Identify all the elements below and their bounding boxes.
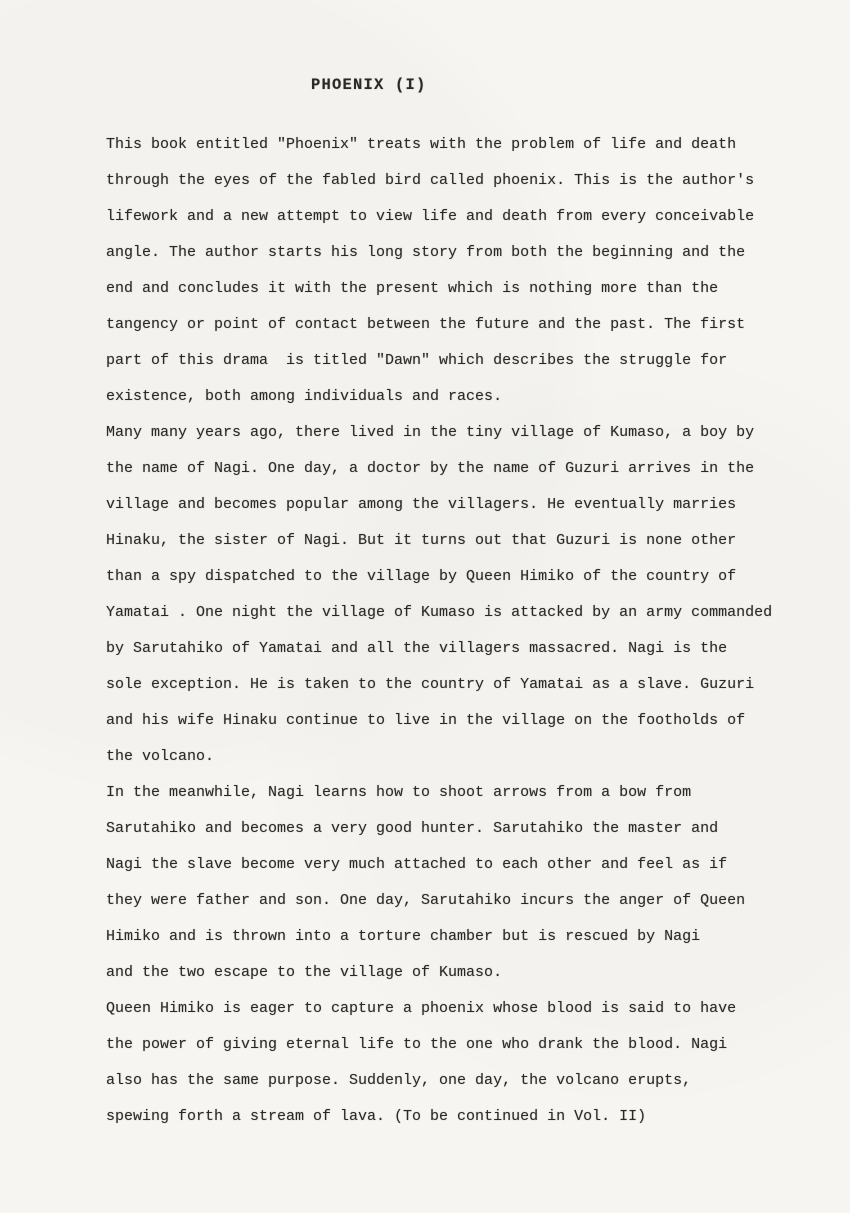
text-line: the volcano. xyxy=(106,739,786,775)
text-line: part of this drama is titled "Dawn" whic… xyxy=(106,343,786,379)
text-line: Nagi the slave become very much attached… xyxy=(106,847,786,883)
text-line: This book entitled "Phoenix" treats with… xyxy=(106,127,786,163)
text-line: the name of Nagi. One day, a doctor by t… xyxy=(106,451,786,487)
text-line: Sarutahiko and becomes a very good hunte… xyxy=(106,811,786,847)
text-line: existence, both among individuals and ra… xyxy=(106,379,786,415)
text-line: the power of giving eternal life to the … xyxy=(106,1027,786,1063)
text-line: Hinaku, the sister of Nagi. But it turns… xyxy=(106,523,786,559)
text-line: tangency or point of contact between the… xyxy=(106,307,786,343)
text-line: Queen Himiko is eager to capture a phoen… xyxy=(106,991,786,1027)
paragraph: This book entitled "Phoenix" treats with… xyxy=(106,127,786,415)
text-line: angle. The author starts his long story … xyxy=(106,235,786,271)
text-line: end and concludes it with the present wh… xyxy=(106,271,786,307)
document-page: PHOENIX (I) This book entitled "Phoenix"… xyxy=(0,0,850,1213)
text-line: lifework and a new attempt to view life … xyxy=(106,199,786,235)
paragraph: In the meanwhile, Nagi learns how to sho… xyxy=(106,775,786,991)
text-line: they were father and son. One day, Sarut… xyxy=(106,883,786,919)
text-line: In the meanwhile, Nagi learns how to sho… xyxy=(106,775,786,811)
document-body: This book entitled "Phoenix" treats with… xyxy=(106,127,786,1135)
text-line: village and becomes popular among the vi… xyxy=(106,487,786,523)
text-line: Many many years ago, there lived in the … xyxy=(106,415,786,451)
text-line: and his wife Hinaku continue to live in … xyxy=(106,703,786,739)
text-line: than a spy dispatched to the village by … xyxy=(106,559,786,595)
text-line: Yamatai . One night the village of Kumas… xyxy=(106,595,786,631)
text-line: spewing forth a stream of lava. (To be c… xyxy=(106,1099,786,1135)
text-line: Himiko and is thrown into a torture cham… xyxy=(106,919,786,955)
text-line: by Sarutahiko of Yamatai and all the vil… xyxy=(106,631,786,667)
text-line: also has the same purpose. Suddenly, one… xyxy=(106,1063,786,1099)
page-title: PHOENIX (I) xyxy=(311,76,427,94)
paragraph: Many many years ago, there lived in the … xyxy=(106,415,786,775)
paragraph: Queen Himiko is eager to capture a phoen… xyxy=(106,991,786,1135)
text-line: through the eyes of the fabled bird call… xyxy=(106,163,786,199)
text-line: sole exception. He is taken to the count… xyxy=(106,667,786,703)
text-line: and the two escape to the village of Kum… xyxy=(106,955,786,991)
